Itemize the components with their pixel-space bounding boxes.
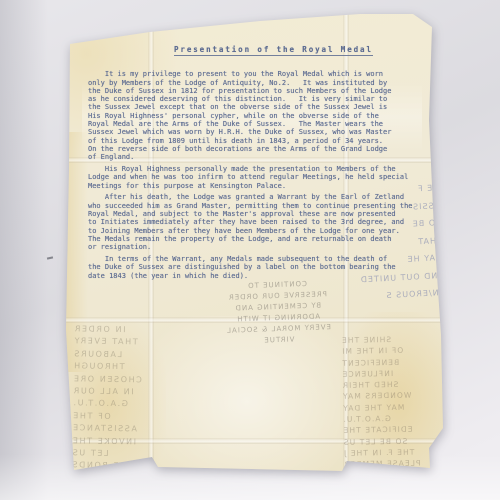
paragraph-3: After his death, the Lodge was granted a… (88, 193, 426, 251)
bleed-through-right-pencil-column: SHINE THE OF IN THE MI BENEFICENT INFLUE… (341, 333, 441, 470)
fold-crease-horizontal (62, 438, 446, 444)
document-title: Presentation of the Royal Medal (174, 46, 373, 56)
paper-aging-patch (340, 312, 446, 474)
paragraph-2: His Royal Highness personally made the p… (88, 165, 426, 190)
paper-aging-patch (62, 318, 166, 474)
typewritten-text-block: Presentation of the Royal Medal It is my… (88, 46, 426, 283)
bleed-through-left-pencil-column: IN ORDER THAT EVERY LABOURS THROUGH CHOS… (71, 323, 166, 473)
paper-sheet: Presentation of the Royal Medal It is my… (62, 12, 446, 474)
fold-crease-horizontal (62, 317, 446, 323)
paragraph-4: In terms of the Warrant, any Medals made… (88, 255, 426, 280)
paper-aging-patch (62, 132, 88, 372)
paper-sheet-wrapper: Presentation of the Royal Medal It is my… (62, 12, 446, 474)
paper-bright-panel (148, 316, 346, 472)
paragraph-1: It is my privilege to present to you the… (88, 70, 426, 161)
background-shadow-left (0, 0, 48, 500)
dust-speck (47, 256, 53, 259)
bleed-through-center-pencil-text: CONTINUE TO PRESERVE OUR ORDER BY CEMENT… (219, 278, 337, 348)
photograph-of-typed-letter: Presentation of the Royal Medal It is my… (0, 0, 500, 500)
pencil-mark (64, 452, 71, 455)
